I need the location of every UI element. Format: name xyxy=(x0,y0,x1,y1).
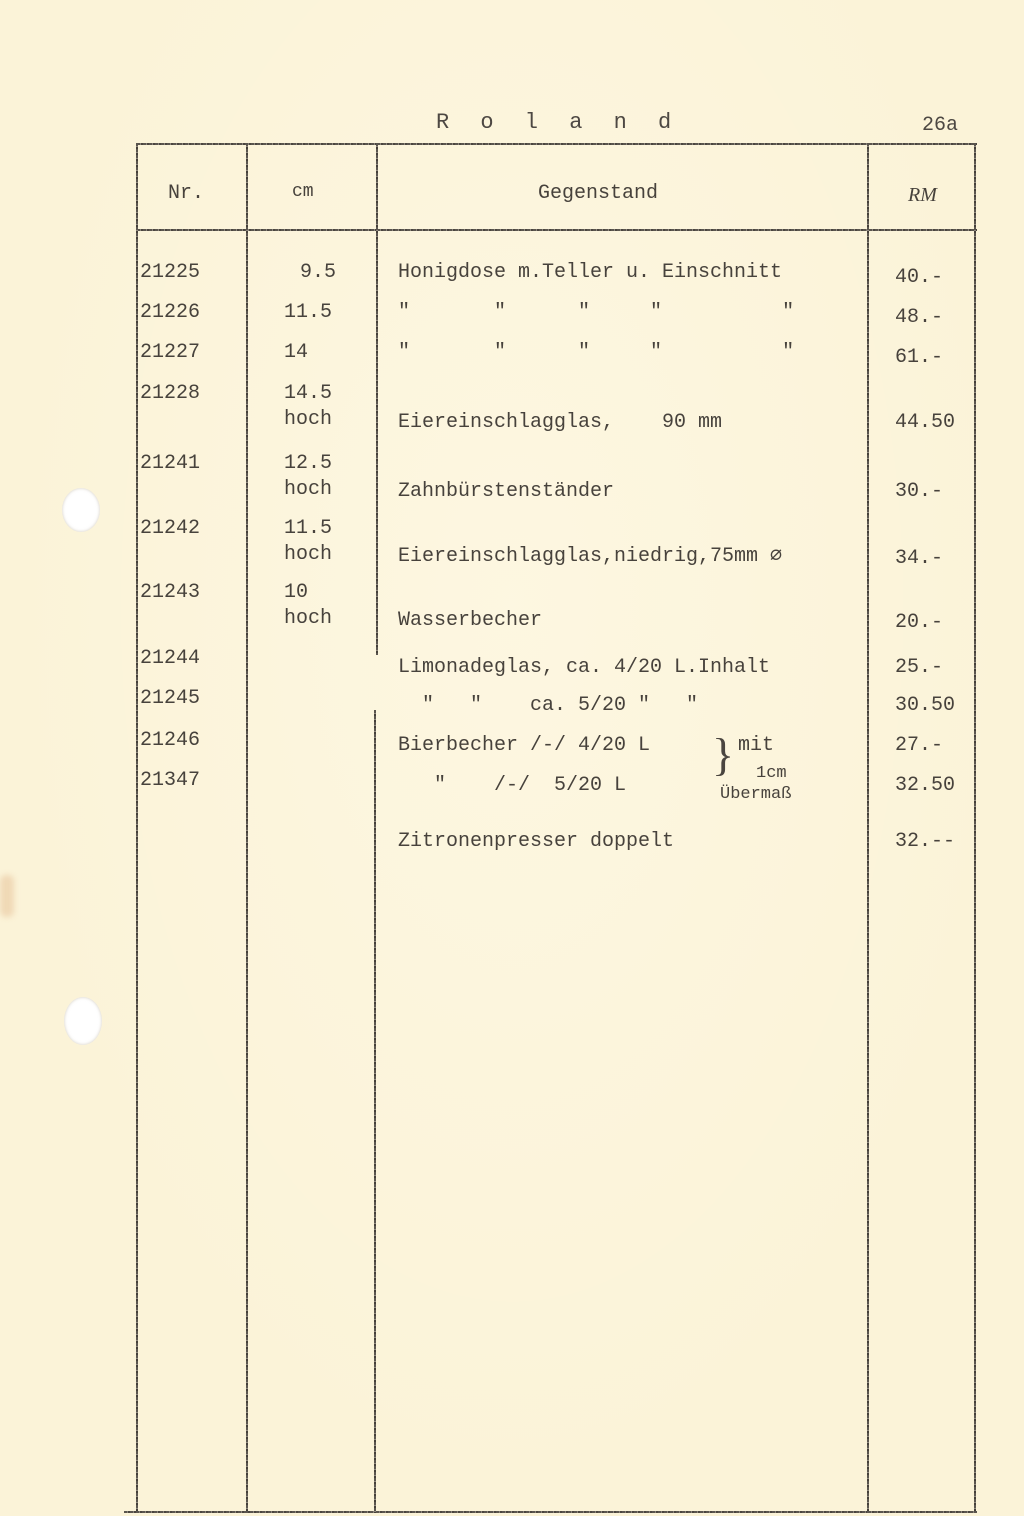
row-item: Zahnbürstenständer xyxy=(398,479,614,505)
row-item: Zitronenpresser doppelt xyxy=(398,829,674,855)
row-nr: 21347 xyxy=(140,768,200,794)
row-price: 32.50 xyxy=(895,773,955,799)
row-item: Wasserbecher xyxy=(398,608,542,634)
row-cm: 10 xyxy=(284,580,308,606)
punch-hole-top xyxy=(62,488,100,532)
row-item: Bierbecher /-/ 4/20 L xyxy=(398,733,650,759)
row-price: 32.-- xyxy=(895,829,955,855)
header-cm: cm xyxy=(292,182,314,202)
row-cm: 12.5 xyxy=(284,451,332,477)
row-nr: 21227 xyxy=(140,340,200,366)
row-item: " " ca. 5/20 " " xyxy=(398,693,698,719)
brace-symbol: } xyxy=(712,732,734,778)
table-bottom-border xyxy=(124,1511,977,1513)
row-price: 61.- xyxy=(895,345,943,371)
row-price: 30.- xyxy=(895,479,943,505)
brace-note-mit: mit xyxy=(738,733,774,759)
divider-item-price xyxy=(867,143,869,1513)
row-nr: 21228 xyxy=(140,381,200,407)
row-nr: 21243 xyxy=(140,580,200,606)
table-left-border xyxy=(136,143,138,1513)
row-item: Limonadeglas, ca. 4/20 L.Inhalt xyxy=(398,655,770,681)
row-price: 30.50 xyxy=(895,693,955,719)
row-price: 20.- xyxy=(895,610,943,636)
row-cm: 14.5 xyxy=(284,381,332,407)
divider-cm-item-lower xyxy=(374,710,376,1513)
row-cm: 14 xyxy=(284,340,308,366)
row-cm: 11.5 xyxy=(284,516,332,542)
row-price: 40.- xyxy=(895,265,943,291)
row-nr: 21225 xyxy=(140,260,200,286)
table-top-border xyxy=(137,143,977,145)
table-right-border xyxy=(974,143,976,1513)
row-item: " " " " " xyxy=(398,340,794,366)
row-price: 25.- xyxy=(895,655,943,681)
row-cm-unit: hoch xyxy=(284,542,332,568)
row-nr: 21244 xyxy=(140,646,200,672)
paper-stain xyxy=(0,875,14,917)
row-nr: 21246 xyxy=(140,728,200,754)
page-number: 26a xyxy=(922,114,958,137)
row-item: " " " " " xyxy=(398,300,794,326)
row-cm-unit: hoch xyxy=(284,477,332,503)
row-item: " /-/ 5/20 L xyxy=(398,773,626,799)
row-cm-unit: hoch xyxy=(284,606,332,632)
header-price: RM xyxy=(908,184,937,207)
row-nr: 21226 xyxy=(140,300,200,326)
divider-cm-item-upper xyxy=(376,143,378,655)
row-nr: 21242 xyxy=(140,516,200,542)
document-title: R o l a n d xyxy=(436,110,680,135)
row-price: 34.- xyxy=(895,546,943,572)
row-cm-unit: hoch xyxy=(284,407,332,433)
header-bottom-border xyxy=(137,229,977,231)
row-price: 27.- xyxy=(895,733,943,759)
header-nr: Nr. xyxy=(168,182,204,205)
row-cm: 11.5 xyxy=(284,300,332,326)
brace-note-1cm: 1cm xyxy=(756,764,787,784)
brace-note-uebermass: Übermaß xyxy=(720,785,791,805)
row-item: Honigdose m.Teller u. Einschnitt xyxy=(398,260,782,286)
row-item: Eiereinschlagglas,niedrig,75mm ⌀ xyxy=(398,544,782,570)
punch-hole-bottom xyxy=(64,997,102,1045)
divider-nr-cm xyxy=(246,143,248,1513)
row-price: 44.50 xyxy=(895,410,955,436)
row-nr: 21245 xyxy=(140,686,200,712)
row-nr: 21241 xyxy=(140,451,200,477)
row-item: Eiereinschlagglas, 90 mm xyxy=(398,410,722,436)
header-item: Gegenstand xyxy=(538,182,658,205)
row-price: 48.- xyxy=(895,305,943,331)
row-cm: 9.5 xyxy=(300,260,336,286)
